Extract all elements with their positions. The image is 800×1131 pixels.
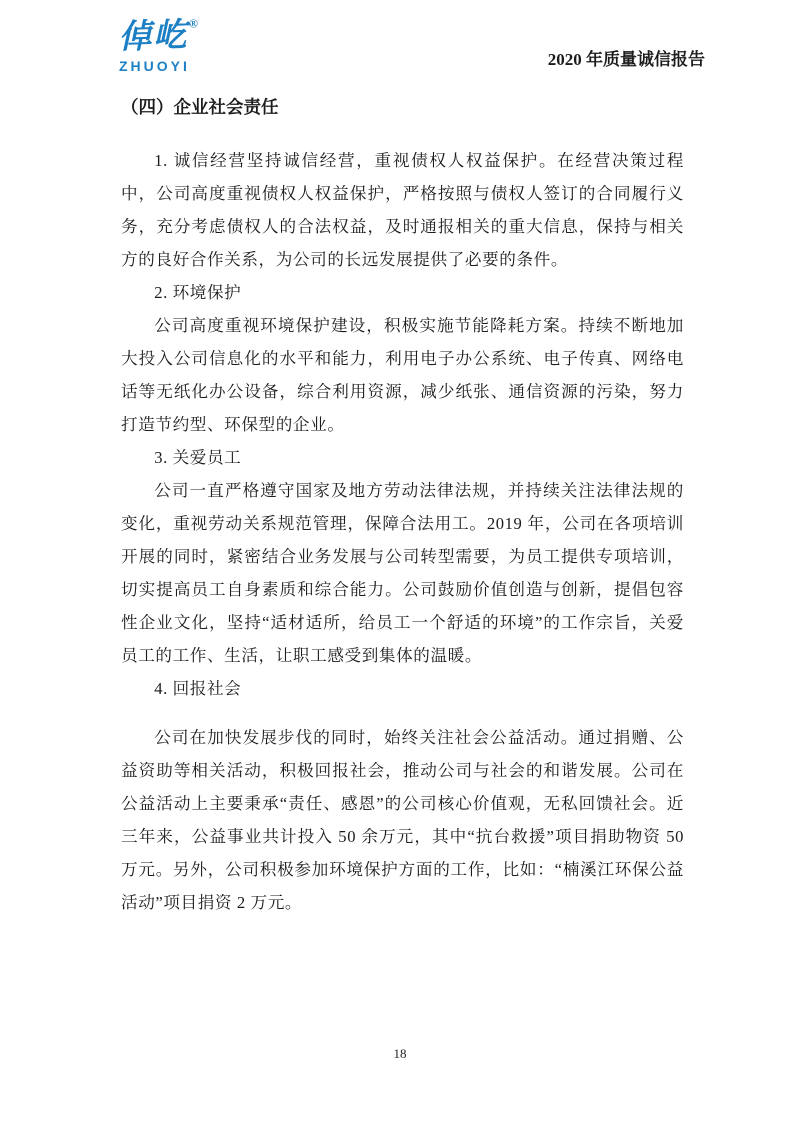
paragraph-social-return: 公司在加快发展步伐的同时，始终关注社会公益活动。通过捐赠、公益资助等相关活动，积… (121, 721, 684, 919)
paragraph-employee-care: 公司一直严格遵守国家及地方劳动法律法规，并持续关注法律法规的变化，重视劳动关系规… (121, 474, 684, 672)
registered-trademark-icon: ® (189, 16, 198, 30)
document-page: 倬屹® ZHUOYI 2020 年质量诚信报告 （四）企业社会责任 1. 诚信经… (0, 0, 800, 1131)
subheading-environment-protection: 2. 环境保护 (121, 276, 684, 309)
paragraph-environment-protection: 公司高度重视环境保护建设，积极实施节能降耗方案。持续不断地加大投入公司信息化的水… (121, 309, 684, 441)
report-title: 2020 年质量诚信报告 (548, 45, 705, 70)
paragraph-honest-operation: 1. 诚信经营坚持诚信经营，重视债权人权益保护。在经营决策过程中，公司高度重视债… (121, 144, 684, 276)
logo-text: 倬屹 (118, 18, 189, 56)
section-heading: （四）企业社会责任 (121, 95, 684, 119)
subheading-employee-care: 3. 关爱员工 (121, 441, 684, 474)
company-logo: 倬屹® ZHUOYI (119, 20, 199, 73)
document-body: （四）企业社会责任 1. 诚信经营坚持诚信经营，重视债权人权益保护。在经营决策过… (121, 95, 684, 919)
logo-latin-text: ZHUOYI (119, 59, 199, 73)
subheading-social-return: 4. 回报社会 (121, 672, 684, 705)
logo-chinese-wordmark: 倬屹® (118, 17, 199, 55)
page-number: 18 (0, 1046, 800, 1062)
